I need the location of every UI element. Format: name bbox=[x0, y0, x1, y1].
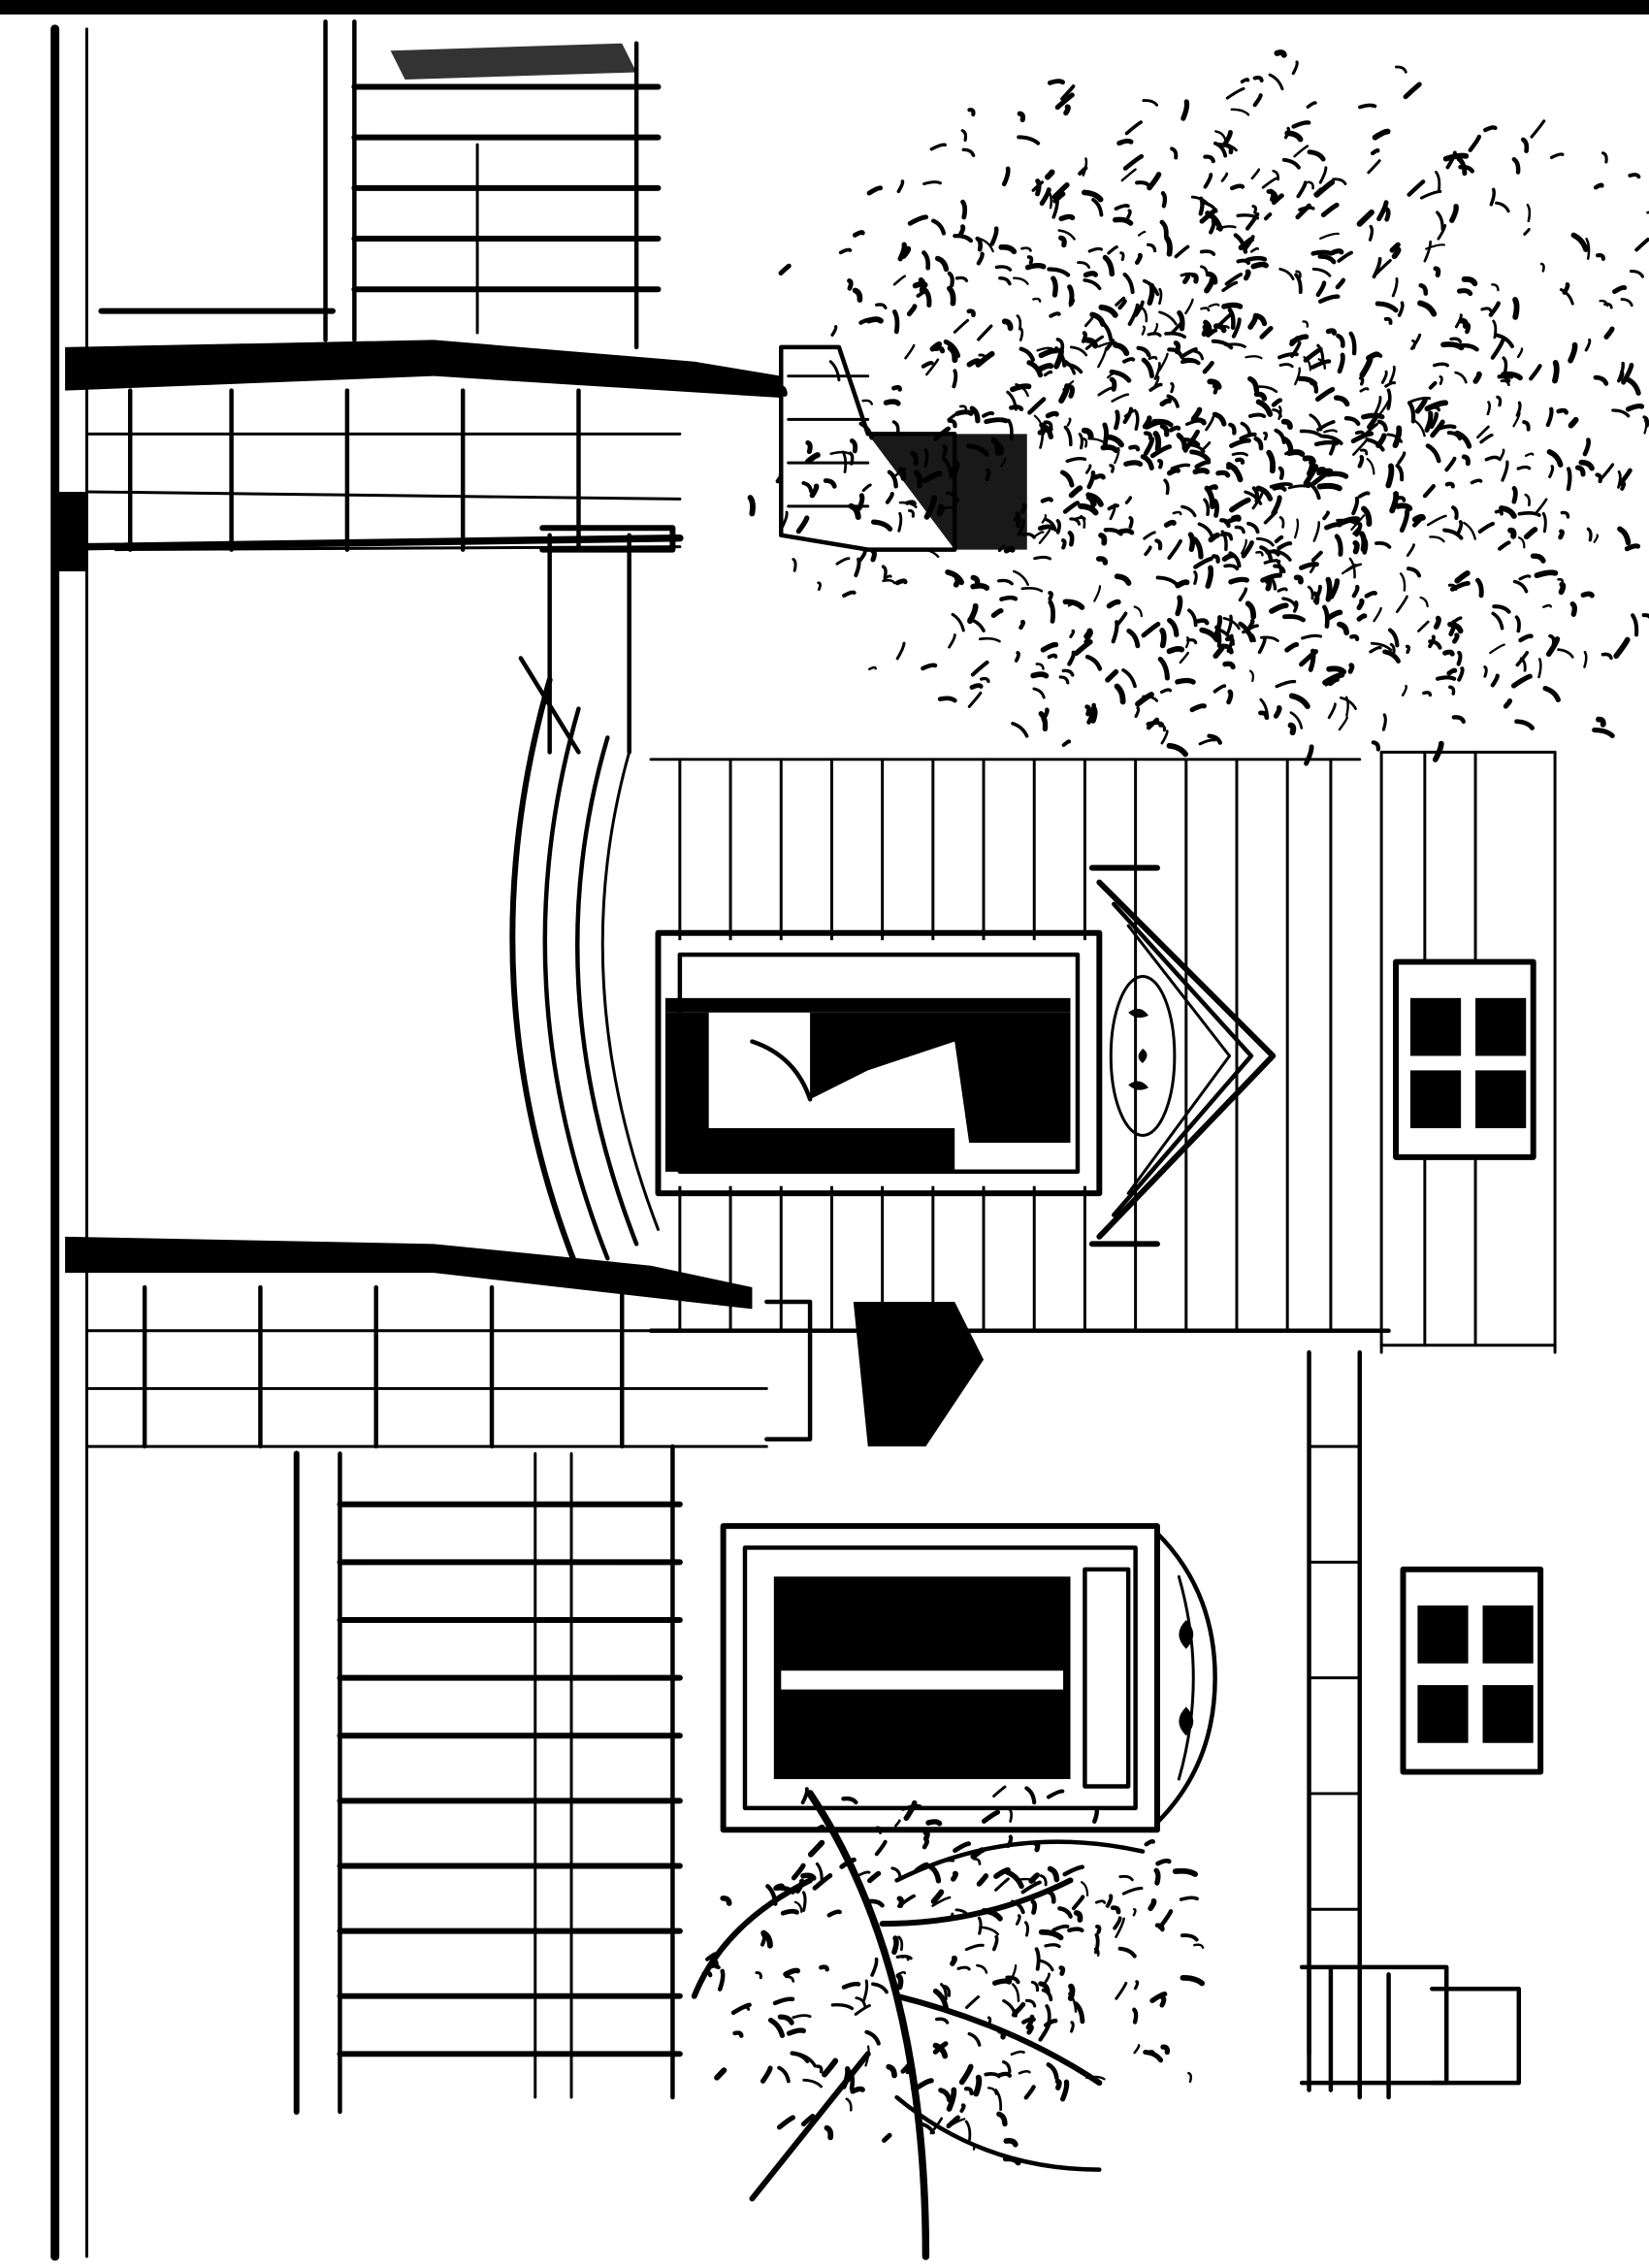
foliage-tree bbox=[751, 52, 1649, 763]
ornate-window bbox=[724, 1526, 1215, 1830]
arched-hood bbox=[512, 658, 658, 1273]
left-shutter-window bbox=[101, 21, 658, 346]
facade-sketch bbox=[0, 0, 1649, 2268]
pier-base-upper bbox=[781, 347, 1027, 550]
bare-branches bbox=[695, 1787, 1203, 2256]
stone-pier-lower bbox=[65, 1237, 984, 1446]
small-windows bbox=[1381, 752, 1555, 1771]
top-border bbox=[0, 0, 1649, 15]
main-doorway bbox=[659, 868, 1274, 1245]
downspout-boot bbox=[1309, 1967, 1519, 2097]
lower-shutter-window bbox=[297, 1446, 680, 2112]
downspout bbox=[542, 528, 1446, 2097]
